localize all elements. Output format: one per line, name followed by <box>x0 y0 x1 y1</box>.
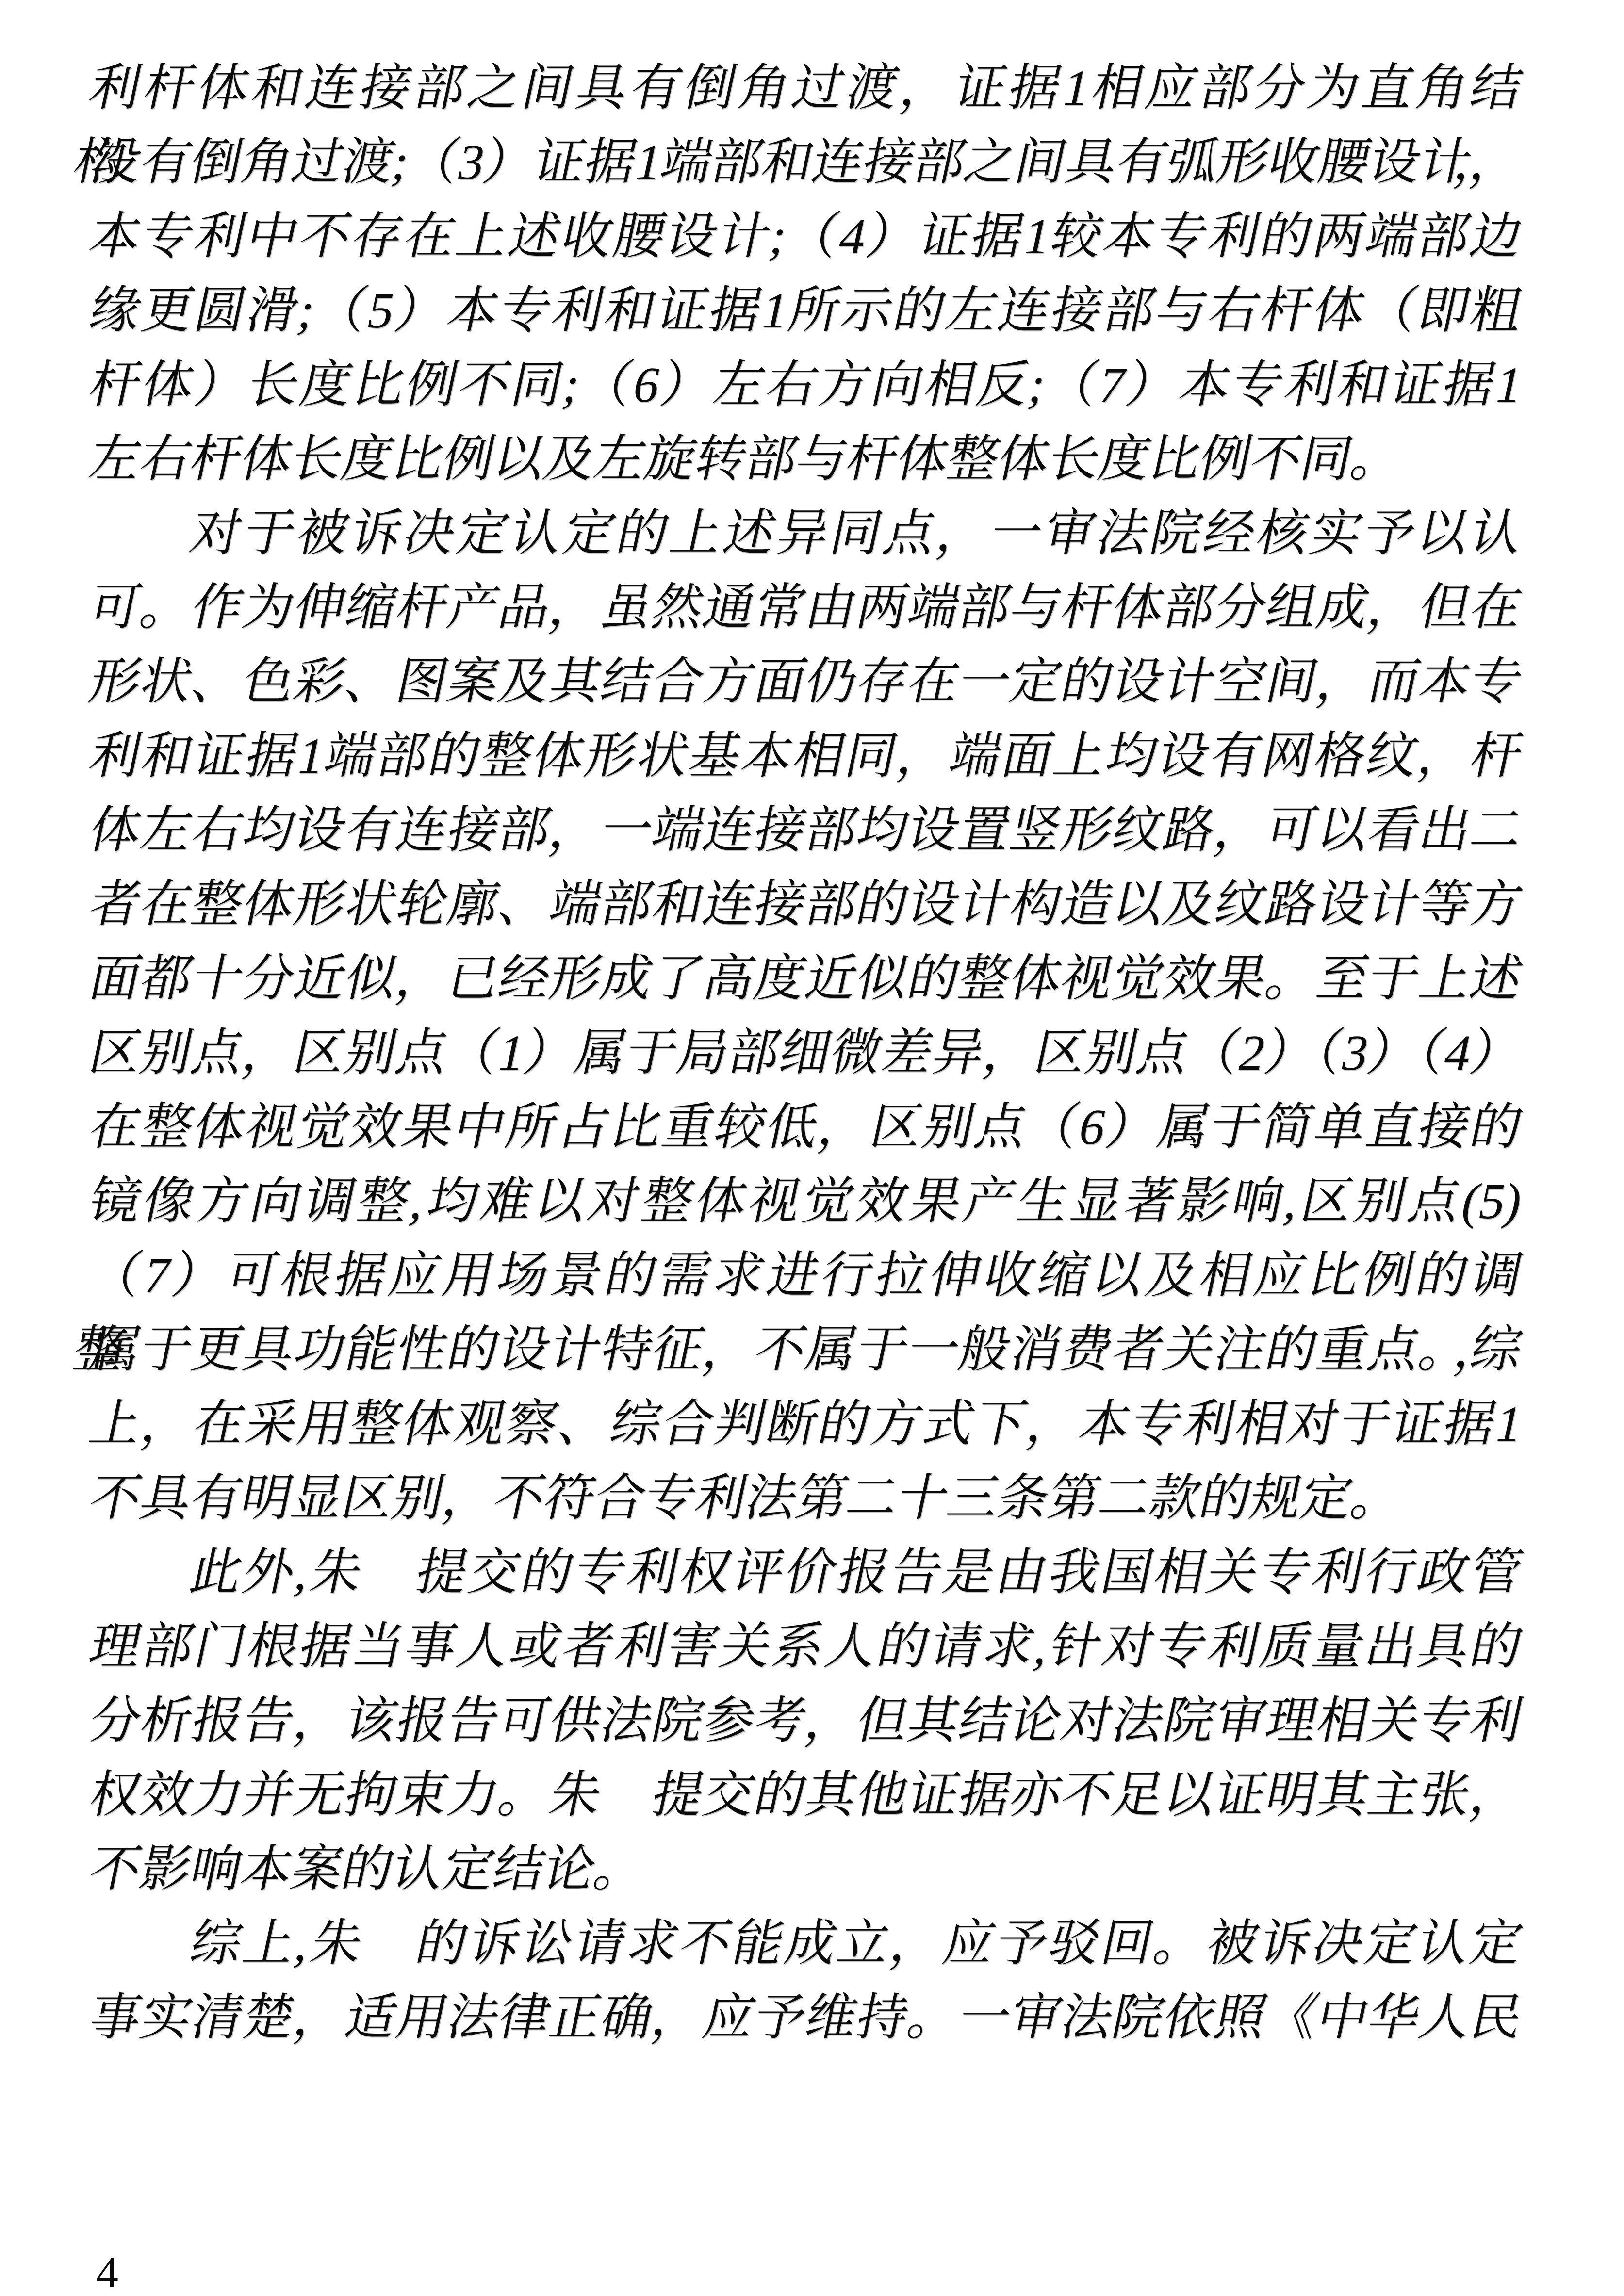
text-line: 本专利中不存在上述收腰设计;（4）证据1较本专利的两端部边 <box>82 199 1530 274</box>
text-line: 事实清楚，适用法律正确，应予维持。一审法院依照《中华人民 <box>82 1981 1530 2055</box>
text-line: 杆体）长度比例不同;（6）左右方向相反;（7）本专利和证据1 <box>82 348 1530 422</box>
text-line: （7）可根据应用场景的需求进行拉伸收缩以及相应比例的调整， <box>82 1238 1530 1313</box>
text-line: 形状、色彩、图案及其结合方面仍存在一定的设计空间，而本专 <box>82 645 1530 719</box>
text-line: 不影响本案的认定结论。 <box>82 1832 1530 1906</box>
text-line: 权效力并无拘束力。朱 提交的其他证据亦不足以证明其主张， <box>82 1758 1530 1832</box>
text-line: 体左右均设有连接部，一端连接部均设置竖形纹路，可以看出二 <box>82 793 1530 867</box>
text-line: 可。作为伸缩杆产品，虽然通常由两端部与杆体部分组成，但在 <box>82 570 1530 645</box>
text-line: 镜像方向调整,均难以对整体视觉效果产生显著影响,区别点(5) <box>82 1164 1530 1238</box>
text-line: 在整体视觉效果中所占比重较低，区别点（6）属于简单直接的 <box>82 1090 1530 1164</box>
text-line: 缘更圆滑;（5）本专利和证据1所示的左连接部与右杆体（即粗 <box>82 274 1530 348</box>
text-line: 区别点，区别点（1）属于局部细微差异，区别点（2）（3）（4） <box>82 1016 1530 1090</box>
text-line: 理部门根据当事人或者利害关系人的请求,针对专利质量出具的 <box>82 1610 1530 1684</box>
text-line: 利杆体和连接部之间具有倒角过渡，证据1相应部分为直角结构， <box>82 51 1530 125</box>
text-line: 不具有明显区别，不符合专利法第二十三条第二款的规定。 <box>82 1461 1530 1535</box>
text-line: 面都十分近似，已经形成了高度近似的整体视觉效果。至于上述 <box>82 942 1530 1016</box>
text-line: 者在整体形状轮廓、端部和连接部的设计构造以及纹路设计等方 <box>82 867 1530 942</box>
text-line: 没有倒角过渡;（3）证据1端部和连接部之间具有弧形收腰设计， <box>82 125 1530 199</box>
text-line: 左右杆体长度比例以及左旋转部与杆体整体长度比例不同。 <box>82 422 1530 496</box>
text-line: 综上,朱 的诉讼请求不能成立，应予驳回。被诉决定认定 <box>82 1906 1530 1981</box>
text-line: 属于更具功能性的设计特征，不属于一般消费者关注的重点。综 <box>82 1313 1530 1387</box>
text-line: 利和证据1端部的整体形状基本相同，端面上均设有网格纹，杆 <box>82 719 1530 793</box>
text-line: 对于被诉决定认定的上述异同点，一审法院经核实予以认 <box>82 496 1530 570</box>
text-line: 此外,朱 提交的专利权评价报告是由我国相关专利行政管 <box>82 1535 1530 1610</box>
text-line: 上，在采用整体观察、综合判断的方式下，本专利相对于证据1 <box>82 1387 1530 1461</box>
page-number: 4 <box>96 2250 118 2295</box>
text-line: 分析报告，该报告可供法院参考，但其结论对法院审理相关专利 <box>82 1684 1530 1758</box>
judgment-body-text: 利杆体和连接部之间具有倒角过渡，证据1相应部分为直角结构， 没有倒角过渡;（3）… <box>82 51 1514 2055</box>
scanned-judgment-page: 利杆体和连接部之间具有倒角过渡，证据1相应部分为直角结构， 没有倒角过渡;（3）… <box>0 0 1624 2296</box>
